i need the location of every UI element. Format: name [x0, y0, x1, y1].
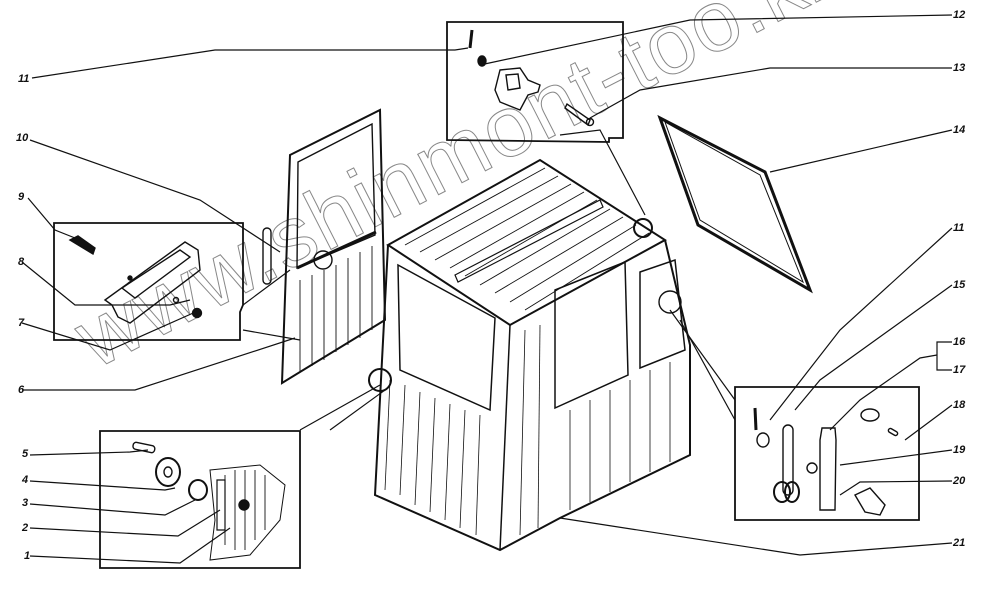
- callout-5: 5: [22, 449, 28, 460]
- callout-4: 4: [22, 475, 28, 486]
- cab-body: [369, 160, 690, 550]
- callout-13: 13: [953, 63, 965, 74]
- drawing: [0, 0, 1000, 604]
- callout-11-right: 11: [953, 223, 964, 234]
- callout-17: 17: [953, 365, 965, 376]
- callout-10: 10: [16, 133, 28, 144]
- callout-1: 1: [24, 551, 30, 562]
- callout-15: 15: [953, 280, 965, 291]
- rear-window: [660, 118, 810, 290]
- callout-3: 3: [22, 498, 28, 509]
- callout-14: 14: [953, 125, 965, 136]
- callout-19: 19: [953, 445, 965, 456]
- callout-8: 8: [18, 257, 24, 268]
- callout-9: 9: [18, 192, 24, 203]
- callout-20: 20: [953, 476, 965, 487]
- callout-2: 2: [22, 523, 28, 534]
- callout-12: 12: [953, 10, 965, 21]
- parts-diagram: www.shinmont-too.kz: [0, 0, 1000, 604]
- callout-21: 21: [953, 538, 965, 549]
- callout-7: 7: [18, 318, 24, 329]
- callout-18: 18: [953, 400, 965, 411]
- callout-11: 11: [18, 74, 29, 85]
- callout-6: 6: [18, 385, 24, 396]
- leader-lines: [22, 15, 952, 563]
- inset-window-latch: [735, 387, 919, 520]
- callout-16: 16: [953, 337, 965, 348]
- seal-parts: [70, 236, 202, 323]
- latch-parts: [755, 408, 898, 515]
